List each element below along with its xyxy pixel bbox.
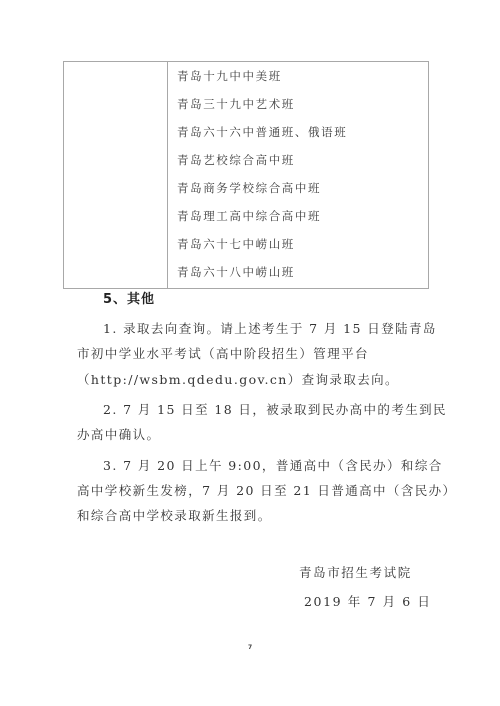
- paragraph-2-line-2: 办高中确认。: [77, 427, 160, 443]
- document-page: 青岛十九中中美班 青岛三十九中艺术班 青岛六十六中普通班、俄语班 青岛艺校综合高…: [0, 0, 500, 706]
- paragraph-3-line-2: 高中学校新生发榜，7 月 20 日至 21 日普通高中（含民办）: [77, 483, 456, 499]
- school-list-item: 青岛三十九中艺术班: [177, 97, 295, 111]
- school-table: 青岛十九中中美班 青岛三十九中艺术班 青岛六十六中普通班、俄语班 青岛艺校综合高…: [63, 61, 429, 289]
- paragraph-1-line-3: （http://wsbm.qdedu.gov.cn）查询录取去向。: [77, 372, 399, 388]
- section-heading: 5、其他: [103, 291, 155, 309]
- paragraph-1-line-1: 1. 录取去向查询。请上述考生于 7 月 15 日登陆青岛: [103, 321, 437, 337]
- paragraph-3-line-3: 和综合高中学校录取新生报到。: [77, 508, 272, 524]
- school-list-item: 青岛六十八中崂山班: [177, 265, 295, 279]
- school-list-item: 青岛六十六中普通班、俄语班: [177, 125, 347, 139]
- school-list-item: 青岛十九中中美班: [177, 69, 282, 83]
- table-right-cell: 青岛十九中中美班 青岛三十九中艺术班 青岛六十六中普通班、俄语班 青岛艺校综合高…: [168, 62, 428, 288]
- school-list-item: 青岛六十七中崂山班: [177, 237, 295, 251]
- paragraph-3-line-1: 3. 7 月 20 日上午 9:00，普通高中（含民办）和综合: [103, 458, 443, 474]
- school-list-item: 青岛商务学校综合高中班: [177, 181, 321, 195]
- table-left-cell: [64, 62, 168, 288]
- paragraph-1-line-2: 市初中学业水平考试（高中阶段招生）管理平台: [77, 346, 369, 362]
- school-list-item: 青岛艺校综合高中班: [177, 153, 295, 167]
- signature-organization: 青岛市招生考试院: [299, 565, 412, 581]
- page-number: 7: [248, 644, 252, 651]
- paragraph-2-line-1: 2. 7 月 15 日至 18 日，被录取到民办高中的考生到民: [103, 402, 447, 418]
- school-list-item: 青岛理工高中综合高中班: [177, 209, 321, 223]
- signature-date: 2019 年 7 月 6 日: [304, 594, 431, 610]
